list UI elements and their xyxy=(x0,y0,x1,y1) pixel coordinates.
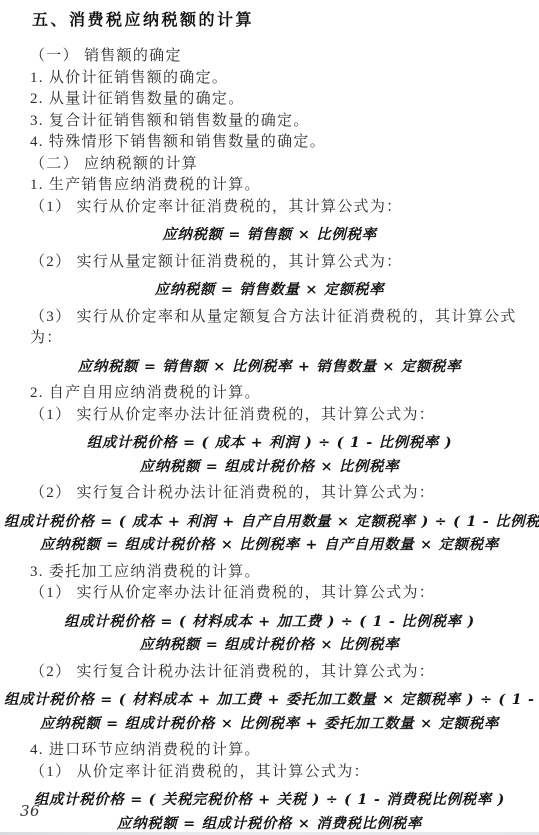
paragraph-line: （3） 实行从价定率和从量定额复合方法计征消费税的，其计算公式为： xyxy=(30,307,527,350)
formula-line: 应纳税额 = 销售额 × 比例税率 + 销售数量 × 定额税率 xyxy=(4,356,535,378)
document-page: 五、消费税应纳税额的计算 （一） 销售额的确定1. 从价计征销售额的确定。2. … xyxy=(0,0,539,835)
paragraph-line: 3. 复合计征销售额和销售数量的确定。 xyxy=(30,111,527,133)
page-number: 36 xyxy=(20,802,40,820)
page-title: 五、消费税应纳税额的计算 xyxy=(32,8,527,34)
formula-line: 组成计税价格 = ( 材料成本 + 加工费 + 委托加工数量 × 定额税率 ) … xyxy=(4,689,535,711)
paragraph-line: 2. 自产自用应纳消费税的计算。 xyxy=(30,383,527,405)
paragraph-line: （一） 销售额的确定 xyxy=(30,46,527,68)
formula-line: 组成计税价格 = ( 成本 + 利润 + 自产自用数量 × 定额税率 ) ÷ (… xyxy=(4,511,535,533)
formula-line: 组成计税价格 = ( 关税完税价格 + 关税 ) ÷ ( 1 - 消费税比例税率… xyxy=(4,789,535,811)
formula-line: 应纳税额 = 组成计税价格 × 比例税率 xyxy=(4,634,535,656)
paragraph-line: 4. 进口环节应纳消费税的计算。 xyxy=(30,740,527,762)
formula-line: 应纳税额 = 组成计税价格 × 比例税率 + 委托加工数量 × 定额税率 xyxy=(4,713,535,735)
document-content: 五、消费税应纳税额的计算 （一） 销售额的确定1. 从价计征销售额的确定。2. … xyxy=(0,0,539,834)
paragraph-line: 3. 委托加工应纳消费税的计算。 xyxy=(30,562,527,584)
paragraph-line: （二） 应纳税额的计算 xyxy=(30,154,527,176)
paragraph-line: 1. 生产销售应纳消费税的计算。 xyxy=(30,175,527,197)
paragraph-line: （2） 实行从量定额计征消费税的，其计算公式为： xyxy=(30,252,527,274)
paragraph-line: 2. 从量计征销售数量的确定。 xyxy=(30,89,527,111)
paragraph-line: （1） 实行从价定率计征消费税的，其计算公式为： xyxy=(30,197,527,219)
paragraph-line: 1. 从价计征销售额的确定。 xyxy=(30,68,527,90)
formula-line: 组成计税价格 = ( 成本 + 利润 ) ÷ ( 1 - 比例税率 ) xyxy=(4,432,535,454)
formula-line: 应纳税额 = 组成计税价格 × 比例税率 + 自产自用数量 × 定额税率 xyxy=(4,534,535,556)
paragraph-line: （1） 从价定率计征消费税的，其计算公式为： xyxy=(30,762,527,784)
paragraph-line: （2） 实行复合计税办法计征消费税的，其计算公式为： xyxy=(30,483,527,505)
paragraph-line: 4. 特殊情形下销售额和销售数量的确定。 xyxy=(30,132,527,154)
document-blocks: （一） 销售额的确定1. 从价计征销售额的确定。2. 从量计征销售数量的确定。3… xyxy=(30,46,527,834)
paragraph-line: （2） 实行复合计税办法计征消费税的，其计算公式为： xyxy=(30,662,527,684)
paragraph-line: （1） 实行从价定率办法计征消费税的，其计算公式为： xyxy=(30,405,527,427)
formula-line: 应纳税额 = 销售数量 × 定额税率 xyxy=(4,279,535,301)
formula-line: 应纳税额 = 组成计税价格 × 比例税率 xyxy=(4,456,535,478)
formula-line: 应纳税额 = 组成计税价格 × 消费税比例税率 xyxy=(4,813,535,835)
formula-line: 组成计税价格 = ( 材料成本 + 加工费 ) ÷ ( 1 - 比例税率 ) xyxy=(4,611,535,633)
paragraph-line: （1） 实行从价定率办法计征消费税的，其计算公式为： xyxy=(30,583,527,605)
formula-line: 应纳税额 = 销售额 × 比例税率 xyxy=(4,224,535,246)
